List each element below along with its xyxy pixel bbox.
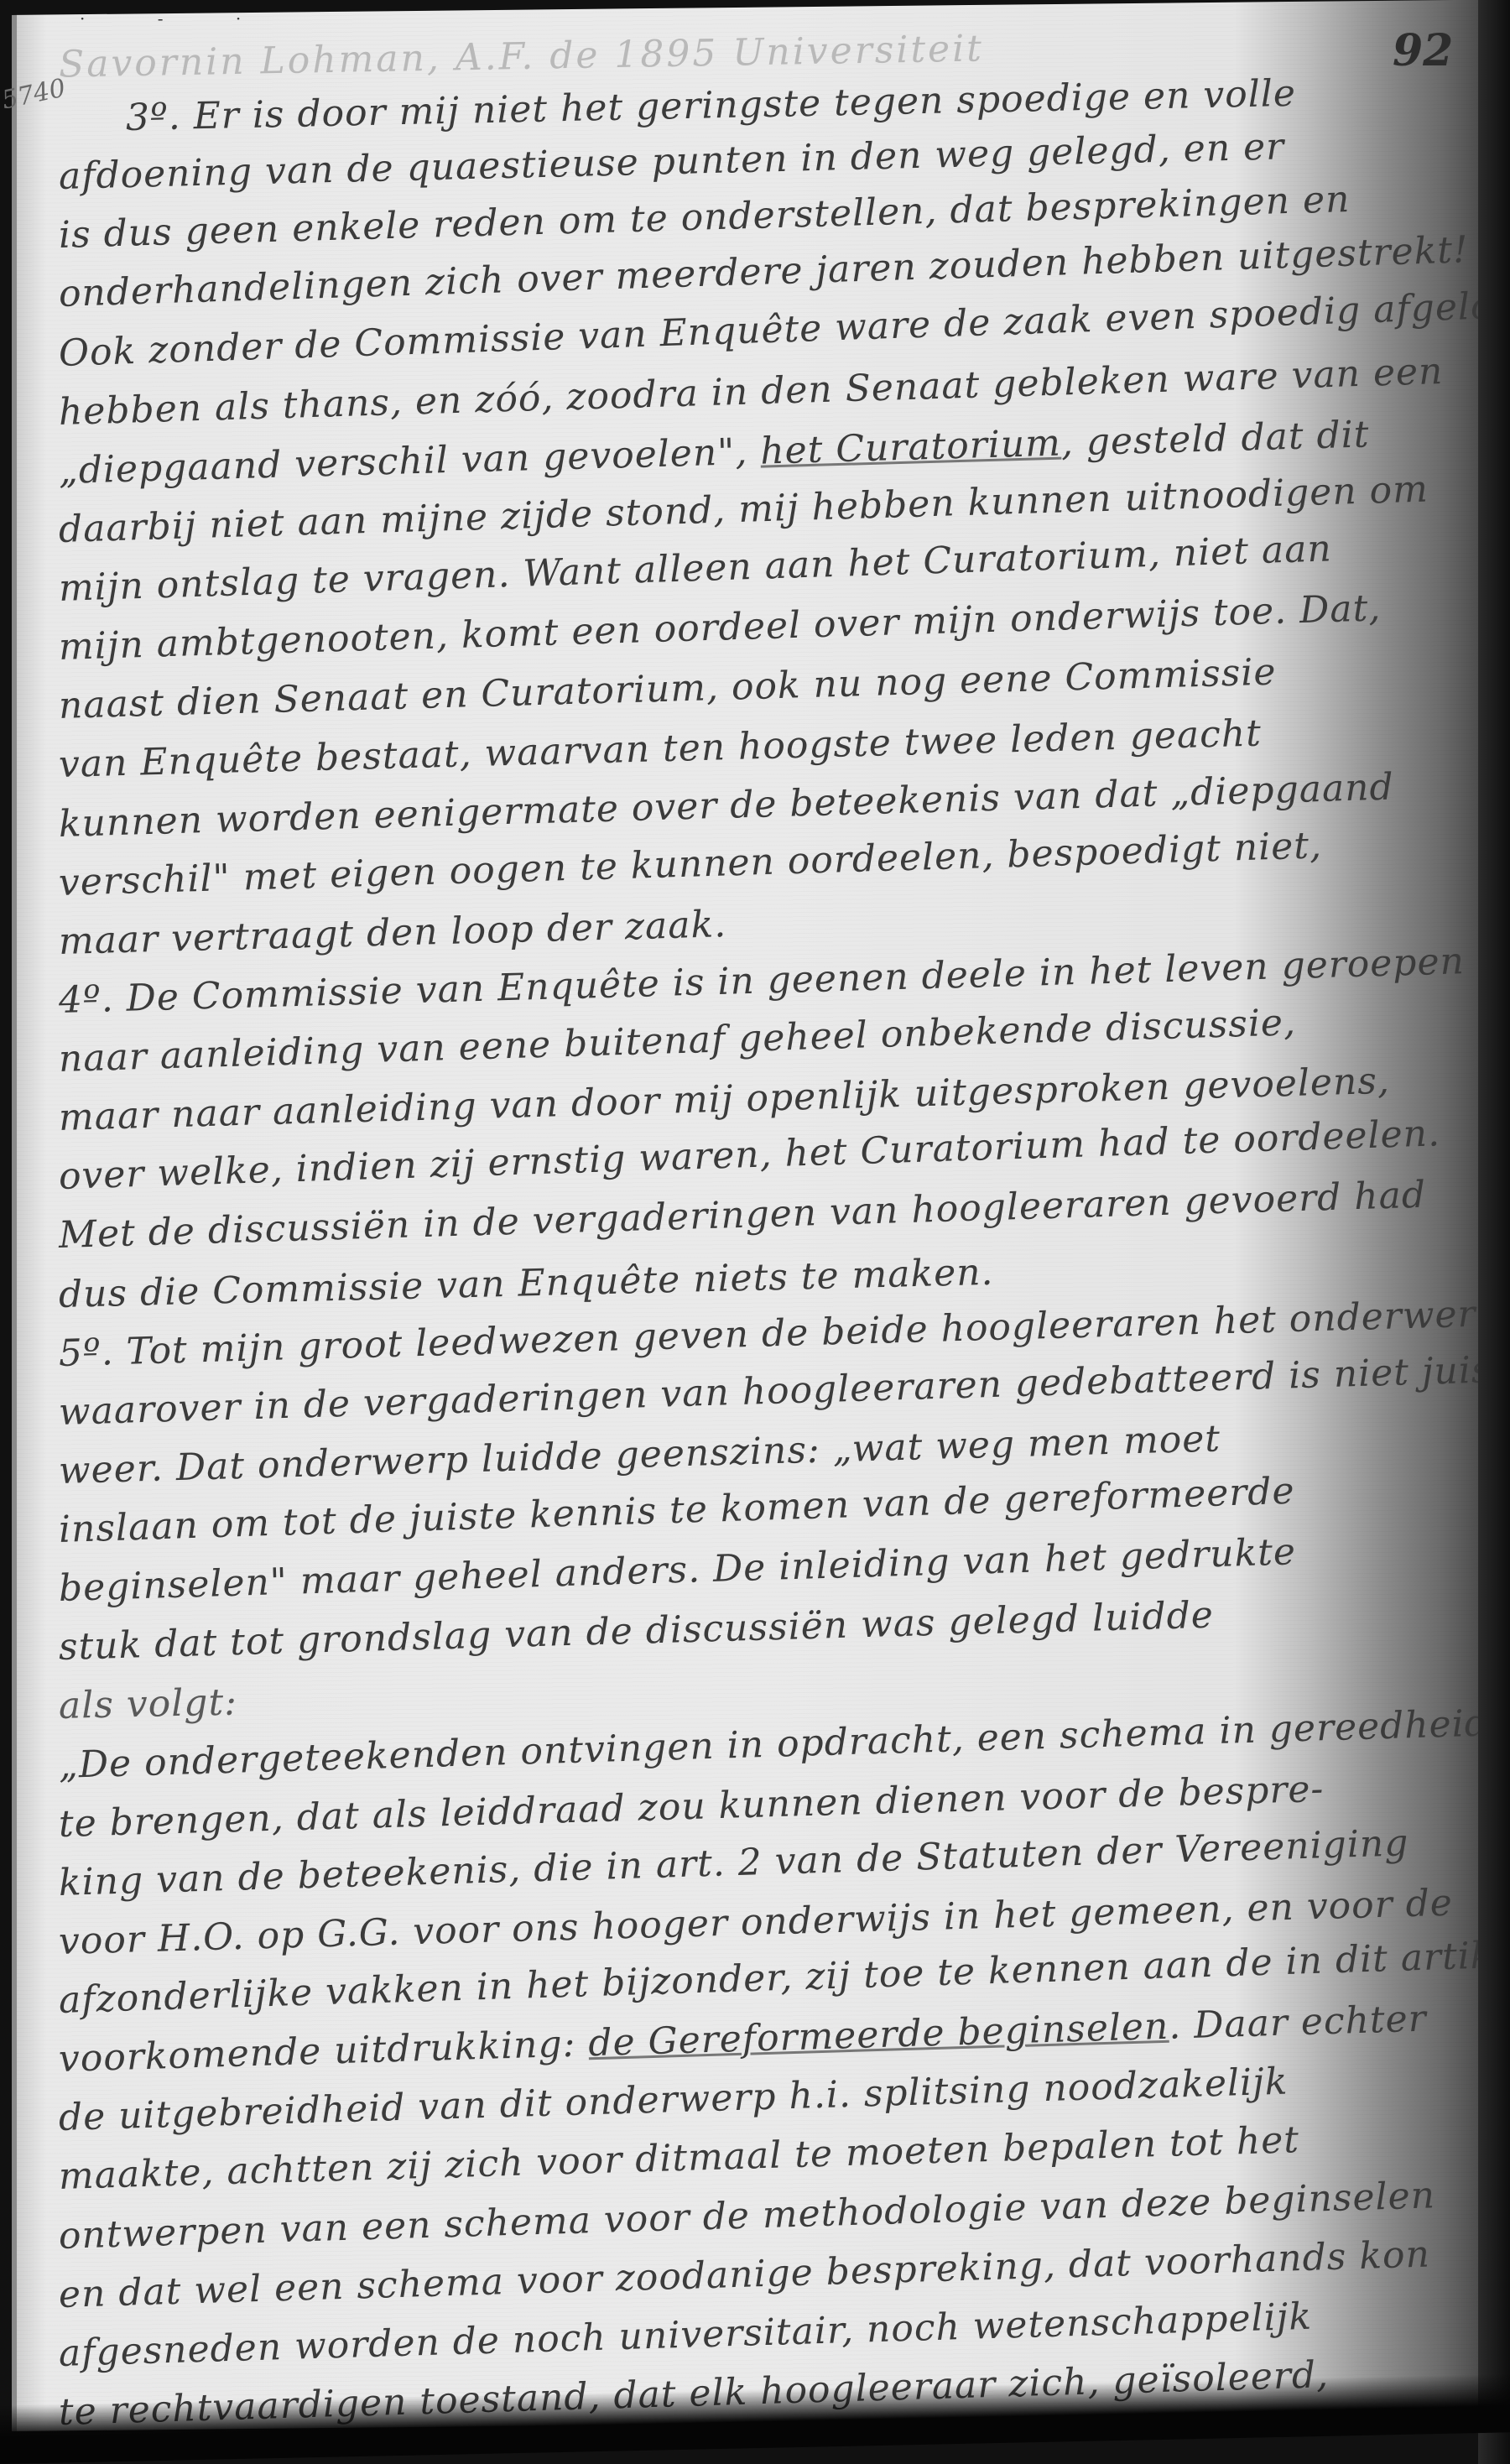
handwritten-text-block: 3º. Er is door mij niet het geringste te… [0, 0, 1510, 2464]
binding-gutter [1478, 0, 1510, 2464]
handwritten-line: maar vertraagt den loop der zaak. [58, 903, 726, 963]
handwritten-line: dus die Commissie van Enquête niets te m… [58, 1250, 994, 1315]
underlined-phrase: de Gereformeerde beginselen [588, 2005, 1169, 2065]
handwritten-line: als volgt: [58, 1681, 237, 1727]
underlined-phrase: het Curatorium [760, 421, 1062, 472]
handwritten-line: stuk dat tot grondslag van de discussiën… [58, 1594, 1214, 1669]
